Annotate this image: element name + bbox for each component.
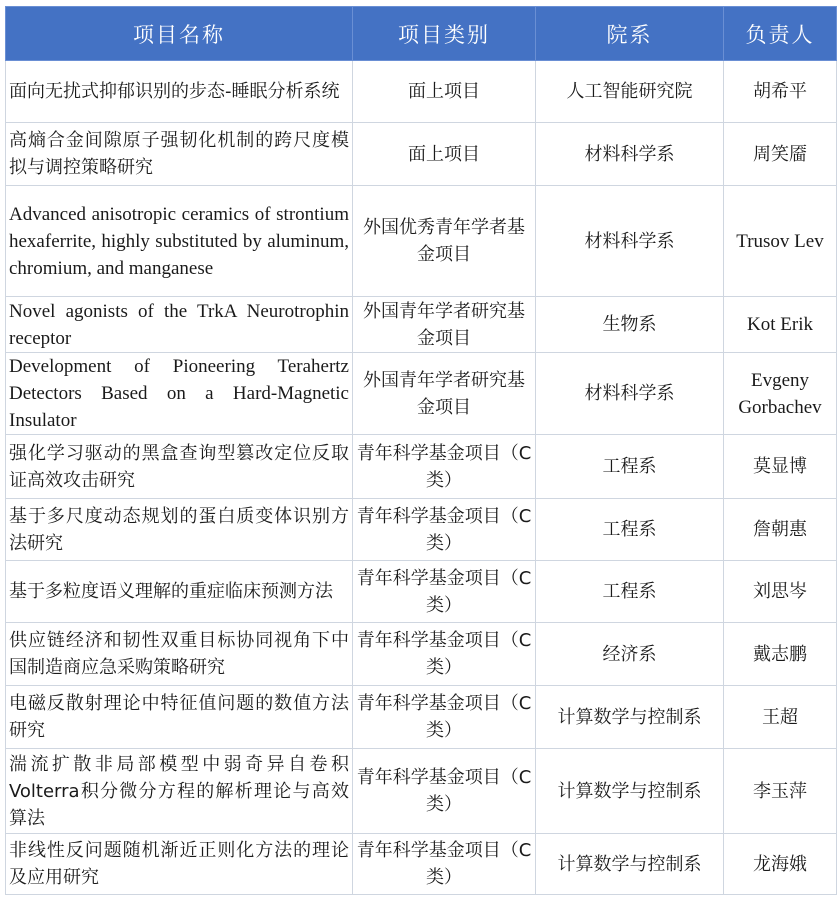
table-row: Development of Pioneering Terahertz Dete… xyxy=(6,353,837,435)
leader-cell: 李玉萍 xyxy=(724,749,837,834)
leader-cell: 胡希平 xyxy=(724,61,837,123)
project-category-cell: 青年科学基金项目（C类） xyxy=(353,834,536,895)
department-cell: 材料科学系 xyxy=(536,123,724,186)
project-name-cell: 基于多粒度语义理解的重症临床预测方法 xyxy=(6,561,353,623)
leader-cell: 戴志鹏 xyxy=(724,623,837,686)
project-category-cell: 青年科学基金项目（C类） xyxy=(353,749,536,834)
header-leader: 负责人 xyxy=(724,7,837,61)
department-cell: 材料科学系 xyxy=(536,353,724,435)
table-row: 湍流扩散非局部模型中弱奇异自卷积Volterra积分微分方程的解析理论与高效算法… xyxy=(6,749,837,834)
department-cell: 材料科学系 xyxy=(536,186,724,297)
leader-cell: Trusov Lev xyxy=(724,186,837,297)
header-project-name: 项目名称 xyxy=(6,7,353,61)
project-category-cell: 外国青年学者研究基金项目 xyxy=(353,353,536,435)
project-category-cell: 青年科学基金项目（C类） xyxy=(353,686,536,749)
leader-cell: Kot Erik xyxy=(724,297,837,353)
leader-cell: 龙海娥 xyxy=(724,834,837,895)
project-category-cell: 外国青年学者研究基金项目 xyxy=(353,297,536,353)
project-category-cell: 青年科学基金项目（C类） xyxy=(353,561,536,623)
project-name-cell: 非线性反问题随机渐近正则化方法的理论及应用研究 xyxy=(6,834,353,895)
project-name-cell: 电磁反散射理论中特征值问题的数值方法研究 xyxy=(6,686,353,749)
project-category-cell: 青年科学基金项目（C类） xyxy=(353,499,536,561)
header-department: 院系 xyxy=(536,7,724,61)
department-cell: 工程系 xyxy=(536,499,724,561)
leader-cell: 刘思岑 xyxy=(724,561,837,623)
table-row: 基于多尺度动态规划的蛋白质变体识别方法研究 青年科学基金项目（C类） 工程系 詹… xyxy=(6,499,837,561)
department-cell: 计算数学与控制系 xyxy=(536,749,724,834)
project-name-cell: 强化学习驱动的黑盒查询型篡改定位反取证高效攻击研究 xyxy=(6,435,353,499)
department-cell: 人工智能研究院 xyxy=(536,61,724,123)
project-name-cell: Development of Pioneering Terahertz Dete… xyxy=(6,353,353,435)
leader-cell: 周笑靥 xyxy=(724,123,837,186)
header-project-category: 项目类别 xyxy=(353,7,536,61)
leader-cell: 王超 xyxy=(724,686,837,749)
table-row: Advanced anisotropic ceramics of stronti… xyxy=(6,186,837,297)
header-row: 项目名称 项目类别 院系 负责人 xyxy=(6,7,837,61)
project-category-cell: 外国优秀青年学者基金项目 xyxy=(353,186,536,297)
leader-cell: 詹朝惠 xyxy=(724,499,837,561)
table-row: Novel agonists of the TrkA Neurotrophin … xyxy=(6,297,837,353)
department-cell: 计算数学与控制系 xyxy=(536,834,724,895)
department-cell: 工程系 xyxy=(536,435,724,499)
table-row: 非线性反问题随机渐近正则化方法的理论及应用研究 青年科学基金项目（C类） 计算数… xyxy=(6,834,837,895)
table-row: 强化学习驱动的黑盒查询型篡改定位反取证高效攻击研究 青年科学基金项目（C类） 工… xyxy=(6,435,837,499)
table-row: 基于多粒度语义理解的重症临床预测方法 青年科学基金项目（C类） 工程系 刘思岑 xyxy=(6,561,837,623)
project-name-cell: Novel agonists of the TrkA Neurotrophin … xyxy=(6,297,353,353)
table-row: 供应链经济和韧性双重目标协同视角下中国制造商应急采购策略研究 青年科学基金项目（… xyxy=(6,623,837,686)
table-row: 电磁反散射理论中特征值问题的数值方法研究 青年科学基金项目（C类） 计算数学与控… xyxy=(6,686,837,749)
department-cell: 经济系 xyxy=(536,623,724,686)
project-name-cell: 基于多尺度动态规划的蛋白质变体识别方法研究 xyxy=(6,499,353,561)
project-category-cell: 面上项目 xyxy=(353,61,536,123)
project-category-cell: 面上项目 xyxy=(353,123,536,186)
project-name-cell: 供应链经济和韧性双重目标协同视角下中国制造商应急采购策略研究 xyxy=(6,623,353,686)
project-category-cell: 青年科学基金项目（C类） xyxy=(353,623,536,686)
department-cell: 工程系 xyxy=(536,561,724,623)
department-cell: 计算数学与控制系 xyxy=(536,686,724,749)
project-table: 项目名称 项目类别 院系 负责人 面向无扰式抑郁识别的步态-睡眠分析系统 面上项… xyxy=(5,6,837,895)
project-name-cell: 高熵合金间隙原子强韧化机制的跨尺度模拟与调控策略研究 xyxy=(6,123,353,186)
project-name-cell: Advanced anisotropic ceramics of stronti… xyxy=(6,186,353,297)
table-row: 高熵合金间隙原子强韧化机制的跨尺度模拟与调控策略研究 面上项目 材料科学系 周笑… xyxy=(6,123,837,186)
project-name-cell: 湍流扩散非局部模型中弱奇异自卷积Volterra积分微分方程的解析理论与高效算法 xyxy=(6,749,353,834)
department-cell: 生物系 xyxy=(536,297,724,353)
leader-cell: 莫显博 xyxy=(724,435,837,499)
project-name-cell: 面向无扰式抑郁识别的步态-睡眠分析系统 xyxy=(6,61,353,123)
table-row: 面向无扰式抑郁识别的步态-睡眠分析系统 面上项目 人工智能研究院 胡希平 xyxy=(6,61,837,123)
leader-cell: Evgeny Gorbachev xyxy=(724,353,837,435)
project-category-cell: 青年科学基金项目（C类） xyxy=(353,435,536,499)
